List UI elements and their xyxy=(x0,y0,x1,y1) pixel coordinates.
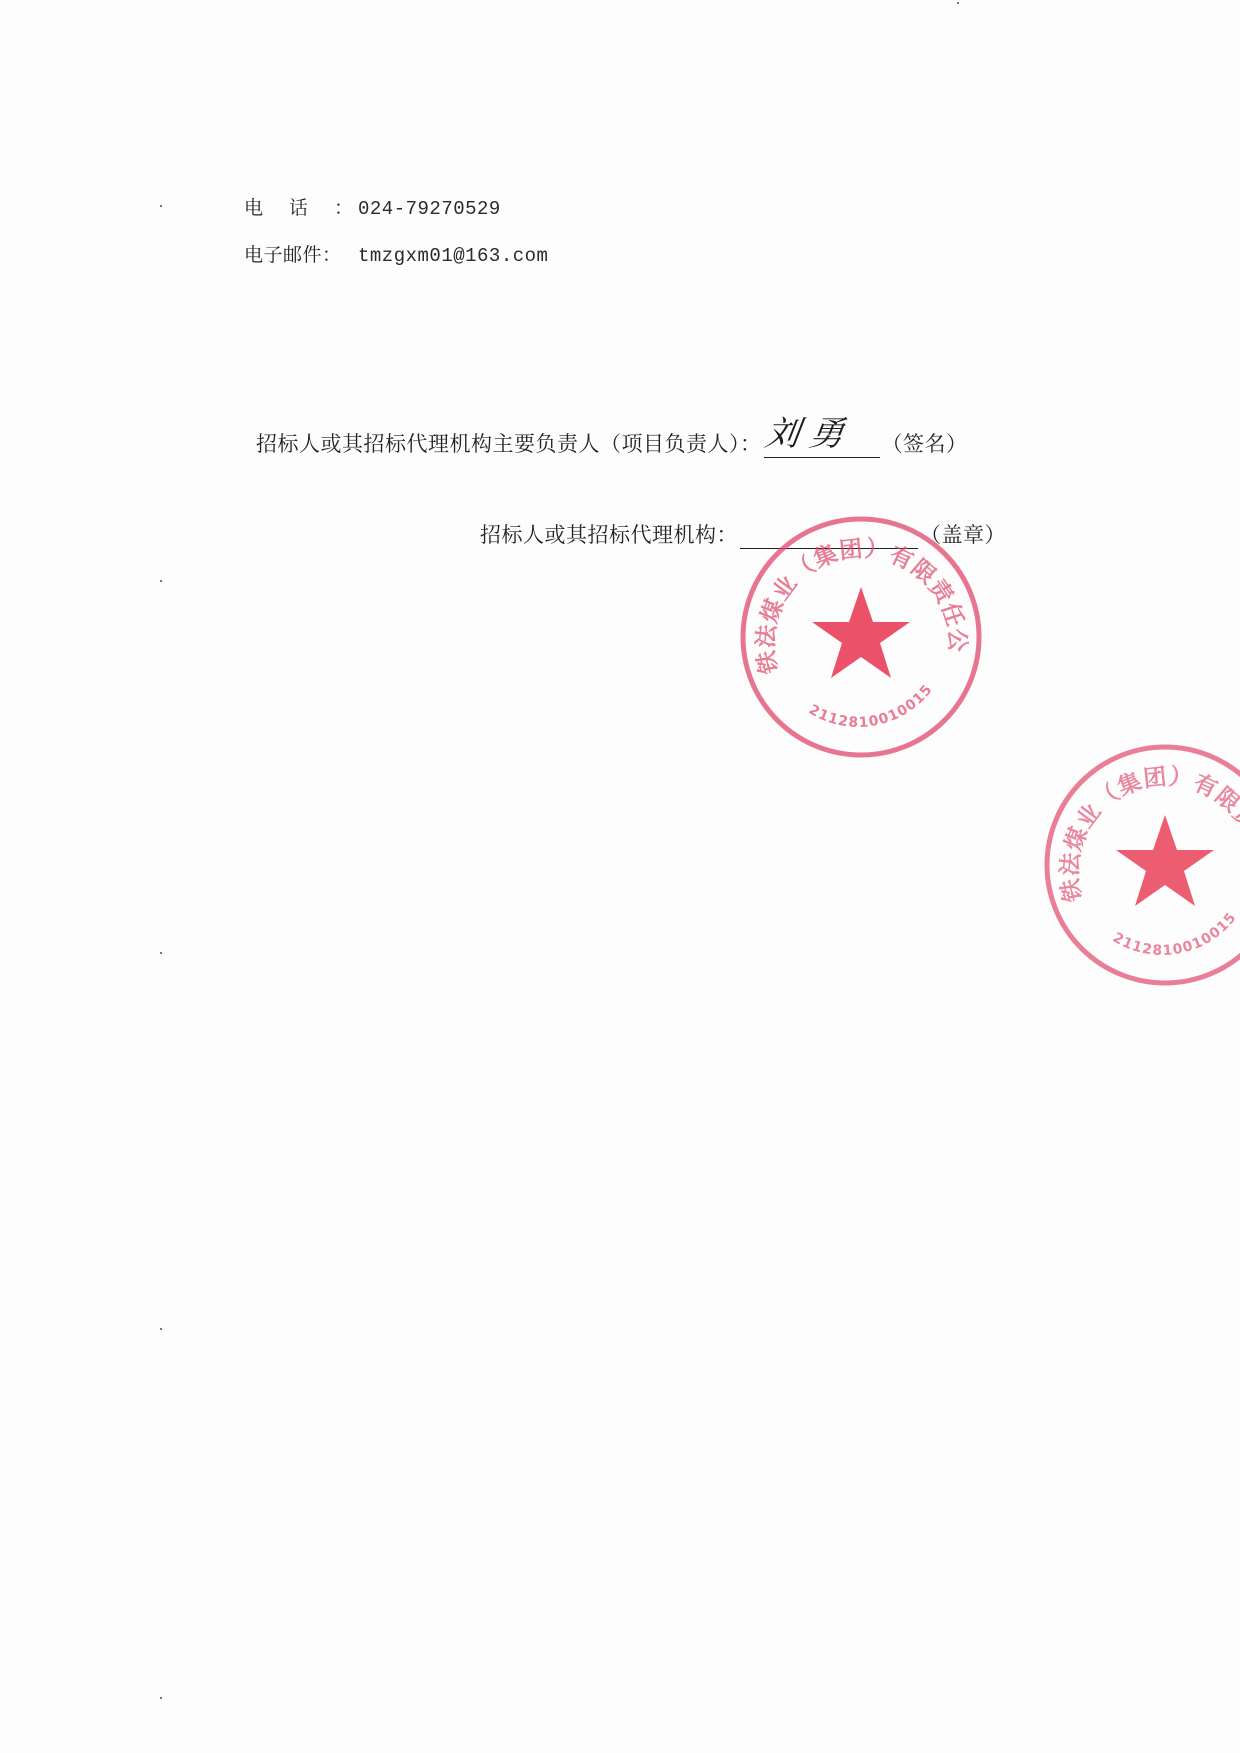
svg-text:2112810010015 29: 2112810010015 29 xyxy=(1035,728,1240,959)
stamp-field xyxy=(740,518,918,549)
official-seal-partial: 铁法煤业（集团）有限责任公司招标管理中心 2112810010015 29 xyxy=(1040,740,1240,990)
stamp-suffix: （盖章） xyxy=(920,523,1006,547)
stamp-row: 招标人或其招标代理机构：（盖章） xyxy=(480,518,1006,549)
email-label: 电子邮件： xyxy=(244,240,358,267)
scan-speck xyxy=(160,1697,162,1699)
email-value: tmzgxm01@163.com xyxy=(358,245,548,267)
phone-label: 电话： xyxy=(244,193,358,220)
official-seal: 铁法煤业（集团）有限责任公司招标管理中心 2112810010015 29 xyxy=(736,512,986,762)
scan-speck xyxy=(160,1328,162,1330)
signature-field: 刘勇 xyxy=(764,427,880,458)
seal-graphic-partial: 铁法煤业（集团）有限责任公司招标管理中心 2112810010015 29 xyxy=(1040,740,1240,990)
scan-speck xyxy=(160,580,162,582)
scan-speck xyxy=(957,2,959,4)
signature-suffix: （签名） xyxy=(882,432,968,456)
document-page: 电话：024-79270529 电子邮件：tmzgxm01@163.com 招标… xyxy=(0,0,1240,1753)
scan-speck xyxy=(160,205,162,207)
handwritten-signature: 刘勇 xyxy=(762,406,857,455)
seal-ring xyxy=(743,519,979,755)
phone-value: 024-79270529 xyxy=(358,198,501,220)
seal-graphic: 铁法煤业（集团）有限责任公司招标管理中心 2112810010015 29 xyxy=(736,512,986,762)
stamp-label: 招标人或其招标代理机构： xyxy=(480,523,738,547)
signature-row: 招标人或其招标代理机构主要负责人（项目负责人）：刘勇（签名） xyxy=(256,427,968,458)
signature-label: 招标人或其招标代理机构主要负责人（项目负责人）： xyxy=(256,432,762,456)
phone-row: 电话：024-79270529 xyxy=(244,193,501,220)
email-row: 电子邮件：tmzgxm01@163.com xyxy=(244,240,548,267)
star-icon xyxy=(1116,815,1214,906)
svg-text:铁法煤业（集团）有限责任公司招标管理中心: 铁法煤业（集团）有限责任公司招标管理中心 xyxy=(1027,719,1240,905)
scan-speck xyxy=(160,952,162,954)
star-icon xyxy=(812,587,910,678)
